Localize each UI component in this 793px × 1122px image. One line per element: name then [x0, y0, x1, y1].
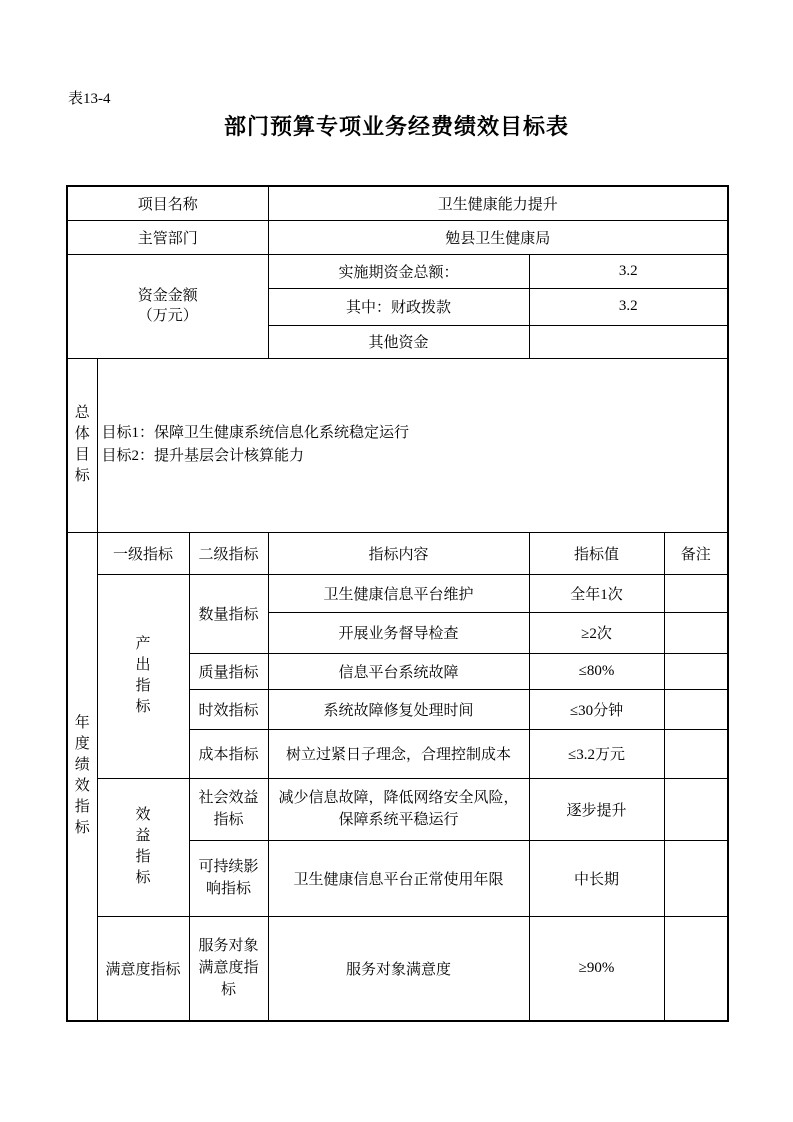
overall-goal-1: 目标1：保障卫生健康系统信息化系统稳定运行: [102, 422, 724, 445]
remark-cell: [664, 916, 728, 1021]
indicator-row: 产出指标 数量指标 卫生健康信息平台维护 全年1次: [67, 574, 728, 612]
level2-social-benefit-label: 社会效益指标: [189, 778, 268, 840]
row-project-name: 项目名称 卫生健康能力提升: [67, 186, 728, 220]
performance-target-table: 项目名称 卫生健康能力提升 主管部门 勉县卫生健康局 资金金额 （万元） 实施期…: [66, 185, 729, 1022]
project-name-value: 卫生健康能力提升: [268, 186, 728, 220]
fund-other-value: [529, 325, 728, 358]
indicator-content-cell: 信息平台系统故障: [268, 653, 529, 689]
indicator-row: 满意度指标 服务对象满意度指标 服务对象满意度 ≥90%: [67, 916, 728, 1021]
level1-satisfaction-label: 满意度指标: [97, 916, 189, 1021]
overall-goal-content: 目标1：保障卫生健康系统信息化系统稳定运行 目标2：提升基层会计核算能力: [97, 358, 728, 532]
row-fund-total: 资金金额 （万元） 实施期资金总额： 3.2: [67, 254, 728, 288]
row-department: 主管部门 勉县卫生健康局: [67, 220, 728, 254]
level2-timeliness-label: 时效指标: [189, 689, 268, 729]
level1-output-cell: 产出指标: [97, 574, 189, 778]
overall-goal-side-label-cell: 总体目标: [67, 358, 97, 532]
header-value: 指标值: [529, 532, 664, 574]
indicator-content-cell: 系统故障修复处理时间: [268, 689, 529, 729]
department-label: 主管部门: [67, 220, 268, 254]
fund-amount-label-line1: 资金金额: [72, 286, 264, 306]
remark-cell: [664, 729, 728, 778]
header-content: 指标内容: [268, 532, 529, 574]
indicator-content-cell: 减少信息故障，降低网络安全风险，保障系统平稳运行: [268, 778, 529, 840]
indicator-value-cell: 逐步提升: [529, 778, 664, 840]
page-title: 部门预算专项业务经费绩效目标表: [0, 113, 793, 140]
level2-sustainability-label: 可持续影响指标: [189, 840, 268, 916]
fund-amount-label: 资金金额 （万元）: [67, 254, 268, 358]
overall-goal-side-label: 总体目标: [75, 403, 90, 487]
indicator-value-cell: ≤3.2万元: [529, 729, 664, 778]
fund-total-value: 3.2: [529, 254, 728, 288]
level2-service-satisfaction-label: 服务对象满意度指标: [189, 916, 268, 1021]
fund-other-label: 其他资金: [268, 325, 529, 358]
indicator-value-cell: ≥90%: [529, 916, 664, 1021]
level2-quantity-label: 数量指标: [189, 574, 268, 653]
indicator-content-cell: 开展业务督导检查: [268, 612, 529, 653]
indicator-content-cell: 卫生健康信息平台正常使用年限: [268, 840, 529, 916]
remark-cell: [664, 574, 728, 612]
indicator-content-cell: 树立过紧日子理念，合理控制成本: [268, 729, 529, 778]
fund-amount-label-line2: （万元）: [72, 306, 264, 326]
level1-benefit-label: 效益指标: [136, 805, 151, 889]
fund-total-label: 实施期资金总额：: [268, 254, 529, 288]
annual-side-label-cell: 年度绩效指标: [67, 532, 97, 1021]
department-value: 勉县卫生健康局: [268, 220, 728, 254]
page: { "page": { "tag": "表13-4", "title": "部门…: [0, 0, 793, 1122]
indicator-value-cell: 中长期: [529, 840, 664, 916]
remark-cell: [664, 612, 728, 653]
row-indicator-header: 年度绩效指标 一级指标 二级指标 指标内容 指标值 备注: [67, 532, 728, 574]
remark-cell: [664, 840, 728, 916]
indicator-content-cell: 卫生健康信息平台维护: [268, 574, 529, 612]
annual-side-label: 年度绩效指标: [75, 713, 90, 839]
indicator-value-cell: ≤30分钟: [529, 689, 664, 729]
remark-cell: [664, 653, 728, 689]
indicator-row: 效益指标 社会效益指标 减少信息故障，降低网络安全风险，保障系统平稳运行 逐步提…: [67, 778, 728, 840]
level1-benefit-cell: 效益指标: [97, 778, 189, 916]
indicator-value-cell: ≤80%: [529, 653, 664, 689]
fund-fiscal-label: 其中：财政拨款: [268, 288, 529, 325]
header-remark: 备注: [664, 532, 728, 574]
indicator-value-cell: 全年1次: [529, 574, 664, 612]
sheet-tag: 表13-4: [68, 90, 111, 108]
level2-quality-label: 质量指标: [189, 653, 268, 689]
level1-output-label: 产出指标: [136, 634, 151, 718]
remark-cell: [664, 778, 728, 840]
project-name-label: 项目名称: [67, 186, 268, 220]
remark-cell: [664, 689, 728, 729]
header-level1: 一级指标: [97, 532, 189, 574]
header-level2: 二级指标: [189, 532, 268, 574]
overall-goal-2: 目标2：提升基层会计核算能力: [102, 445, 724, 468]
indicator-content-cell: 服务对象满意度: [268, 916, 529, 1021]
level2-cost-label: 成本指标: [189, 729, 268, 778]
fund-fiscal-value: 3.2: [529, 288, 728, 325]
indicator-value-cell: ≥2次: [529, 612, 664, 653]
row-overall-goal: 总体目标 目标1：保障卫生健康系统信息化系统稳定运行 目标2：提升基层会计核算能…: [67, 358, 728, 532]
